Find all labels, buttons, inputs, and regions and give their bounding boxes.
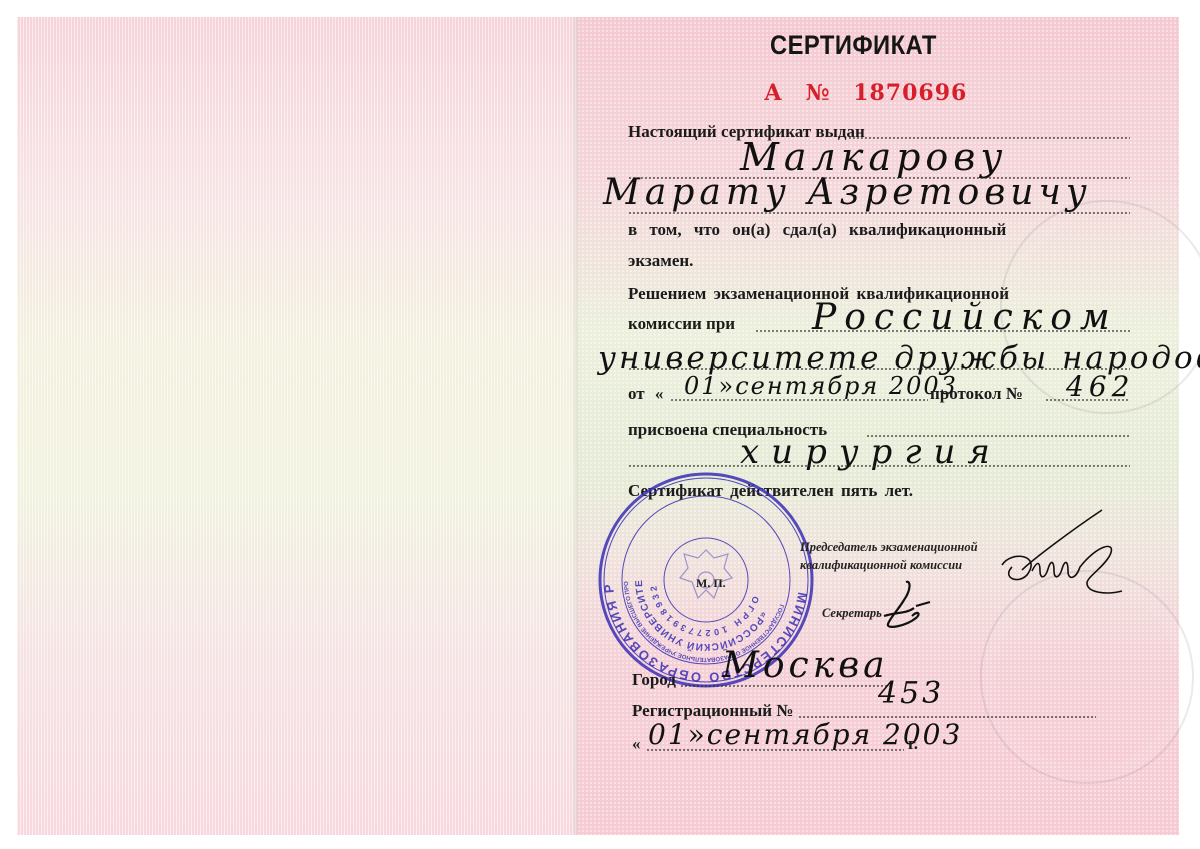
page-fold — [572, 17, 580, 835]
protocol-date: 01»сентября 2003 — [684, 372, 958, 400]
issue-date-open-quote: « — [632, 734, 641, 754]
from-label: от « — [628, 384, 663, 404]
institution-line-1: Российском — [812, 297, 1118, 338]
certificate-serial-number: А № 1870696 — [764, 80, 967, 106]
protocol-label: протокол № — [930, 384, 1023, 404]
city-value: Москва — [722, 645, 889, 686]
commission-label: комиссии при — [628, 314, 735, 334]
protocol-number: 462 — [1066, 370, 1134, 403]
secretary-signature — [876, 578, 936, 638]
city-label: Город — [632, 670, 676, 690]
secretary-label: Секретарь — [822, 606, 882, 621]
dotted-line — [628, 465, 1130, 467]
number-sign: № — [806, 80, 831, 106]
chairman-label: Председатель экзаменационной — [800, 540, 978, 555]
recipient-name: Марату Азретовичу — [603, 172, 1092, 213]
passed-exam-text: в том, что он(а) сдал(а) квалификационны… — [628, 220, 1006, 240]
registration-number: 453 — [878, 676, 944, 711]
certificate-title: СЕРТИФИКАТ — [770, 30, 937, 61]
year-suffix: г. — [908, 734, 918, 754]
series-letter: А — [764, 80, 783, 106]
ghost-seal-bottom — [980, 570, 1194, 784]
chairman-signature — [992, 505, 1142, 600]
dotted-line — [628, 212, 1130, 214]
number-value: 1870696 — [853, 80, 967, 106]
left-page — [17, 17, 577, 835]
dotted-line — [628, 368, 1130, 370]
passed-exam-text-2: экзамен. — [628, 251, 693, 271]
mp-label: М. П. — [696, 576, 726, 591]
chairman-label-2: квалификационной комиссии — [800, 558, 962, 573]
